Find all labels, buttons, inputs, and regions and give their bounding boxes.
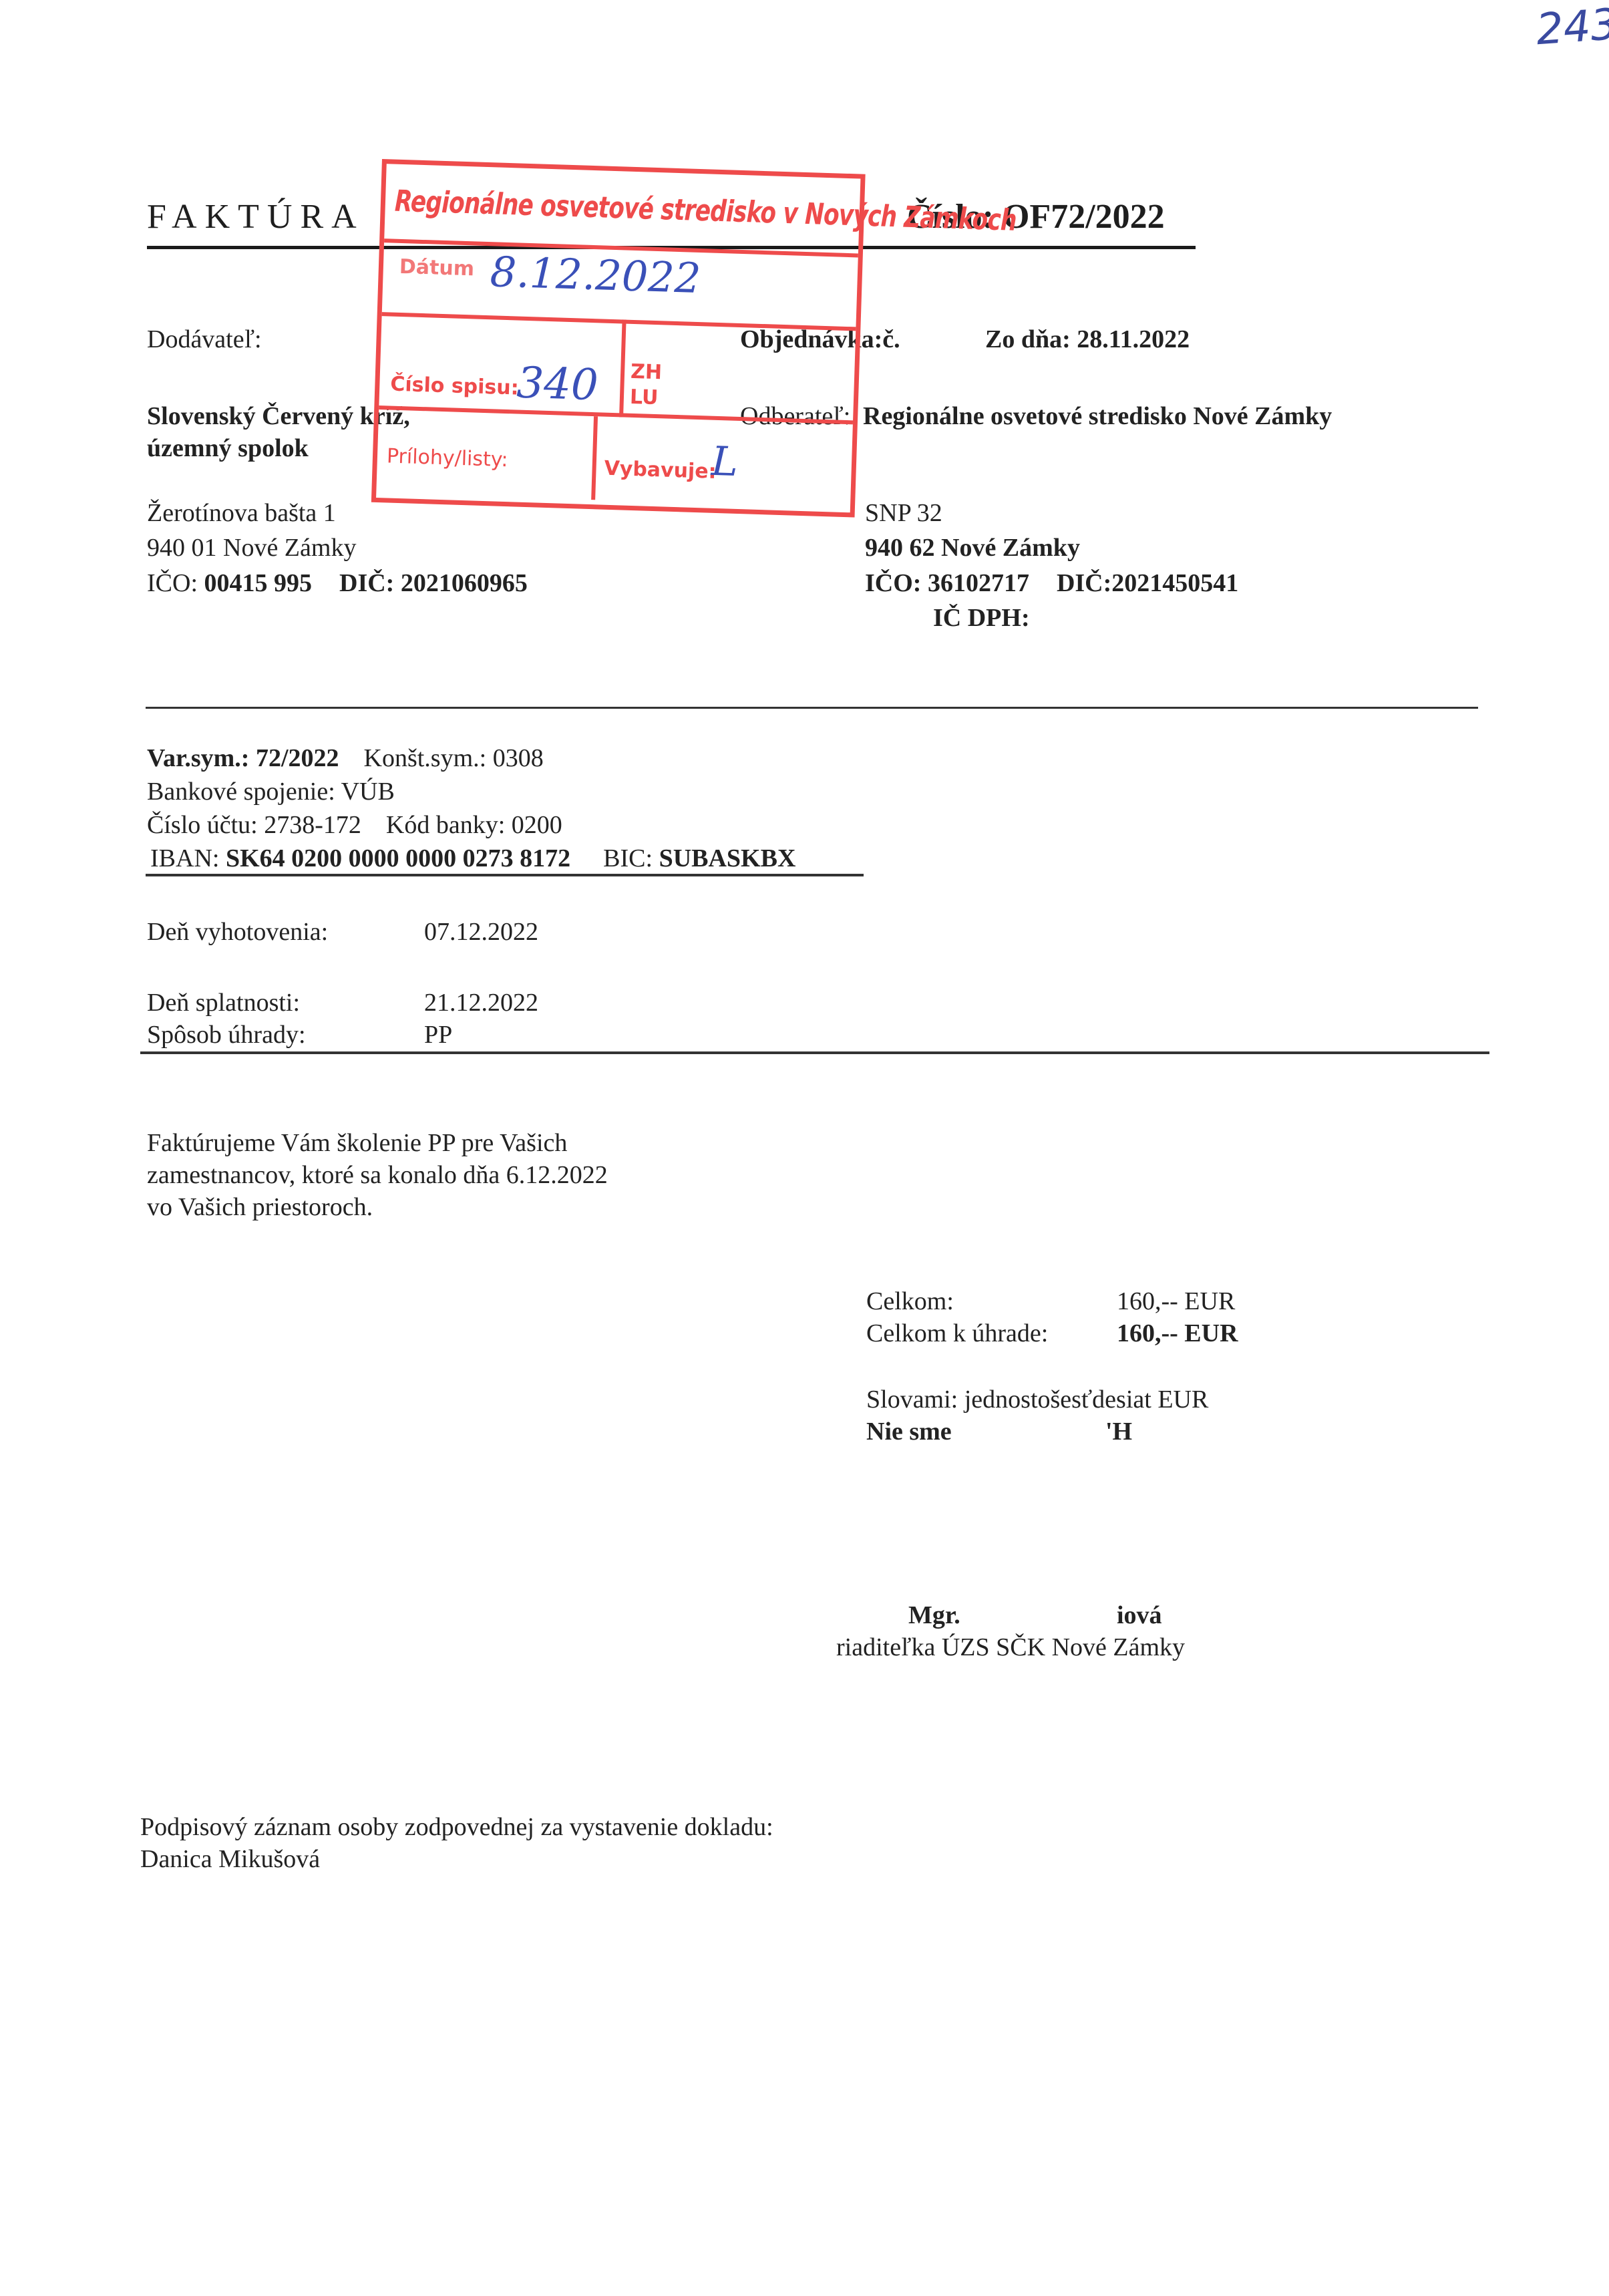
bank-label: Bankové spojenie: (147, 778, 335, 806)
supplier-dic: 2021060965 (401, 569, 528, 597)
customer-street: SNP 32 (865, 498, 942, 528)
amount-due-label: Celkom k úhrade: (866, 1318, 1048, 1349)
amount-in-words: Slovami: jednostošesťdesiat EUR (866, 1384, 1208, 1415)
customer-ico-label: IČO: (865, 569, 921, 597)
supplier-street: Žerotínova bašta 1 (147, 498, 336, 528)
signatory-prefix: Mgr. (908, 1600, 960, 1631)
footer-label: Podpisový záznam osoby zodpovednej za vy… (140, 1812, 773, 1842)
registry-stamp: Regionálne osvetové stredisko v Nových Z… (371, 159, 866, 517)
iban-line: IBAN: SK64 0200 0000 0000 0273 8172 BIC:… (150, 843, 795, 874)
customer-dic-label: DIČ: (1057, 569, 1111, 597)
method-label: Spôsob úhrady: (147, 1019, 306, 1050)
customer-name: Regionálne osvetové stredisko Nové Zámky (863, 401, 1332, 432)
bank-code-label: Kód banky: (386, 811, 505, 839)
customer-city: 940 62 Nové Zámky (865, 532, 1080, 563)
stamp-handler-label: Vybavuje: (604, 457, 717, 484)
customer-icdph-label: IČ DPH: (933, 603, 1030, 633)
supplier-dic-label: DIČ: (339, 569, 394, 597)
bank-name: VÚB (341, 778, 395, 806)
supplier-name-line2: územný spolok (147, 433, 309, 464)
supplier-ids: IČO: 00415 995 DIČ: 2021060965 (147, 568, 528, 599)
stamp-date-handwritten: 8.12.2022 (490, 247, 702, 303)
bank-line: Bankové spojenie: VÚB (147, 776, 395, 807)
page-number-handwritten: 243 (1535, 0, 1609, 55)
footer-name: Danica Mikušová (140, 1844, 320, 1874)
stamp-file-label: Číslo spisu: (390, 373, 519, 400)
description-line-2: zamestnancov, ktoré sa konalo dňa 6.12.2… (147, 1160, 608, 1190)
bank-code: 0200 (512, 811, 562, 839)
stamp-date-label: Dátum (399, 255, 474, 281)
amount-due-value: 160,-- EUR (1117, 1318, 1238, 1349)
order-date: Zo dňa: 28.11.2022 (985, 324, 1190, 355)
stamp-file-handwritten: 340 (516, 359, 598, 411)
stamp-zh-label: ZH (631, 360, 663, 384)
issued-date: 07.12.2022 (424, 917, 538, 947)
total-value: 160,-- EUR (1117, 1286, 1235, 1317)
bic: SUBASKBX (659, 844, 796, 872)
iban-label: IBAN: (150, 844, 219, 872)
supplier-city: 940 01 Nové Zámky (147, 532, 356, 563)
due-date: 21.12.2022 (424, 987, 538, 1018)
description-line-1: Faktúrujeme Vám školenie PP pre Vašich (147, 1128, 567, 1158)
supplier-label: Dodávateľ: (147, 324, 262, 355)
var-sym: 72/2022 (256, 744, 339, 772)
stamp-attachments-label: Prílohy/listy: (386, 444, 508, 472)
supplier-name-line1: Slovenský Červený kríž, (147, 401, 410, 432)
iban-underline (146, 874, 864, 876)
issued-label: Deň vyhotovenia: (147, 917, 328, 947)
vat-note: Nie sme (866, 1416, 952, 1447)
iban: SK64 0200 0000 0000 0273 8172 (226, 844, 570, 872)
supplier-ico: 00415 995 (204, 569, 313, 597)
section-divider (146, 707, 1478, 709)
konst-sym-label: Konšt.sym.: (364, 744, 487, 772)
customer-ico: 36102717 (928, 569, 1029, 597)
total-label: Celkom: (866, 1286, 954, 1317)
account-number: 2738-172 (264, 811, 361, 839)
signatory-suffix: iová (1117, 1600, 1162, 1631)
stamp-handler-initials: L (711, 438, 739, 486)
account-label: Číslo účtu: (147, 811, 258, 839)
account-line: Číslo účtu: 2738-172 Kód banky: 0200 (147, 810, 562, 840)
vat-note-tail: 'H (1105, 1416, 1132, 1447)
stamp-lu-label: LU (629, 385, 659, 409)
var-sym-label: Var.sym.: (147, 744, 249, 772)
dates-divider (140, 1051, 1489, 1054)
method-value: PP (424, 1019, 452, 1050)
stamp-row-file (379, 312, 856, 424)
description-line-3: vo Vašich priestoroch. (147, 1192, 373, 1222)
customer-ids: IČO: 36102717 DIČ:2021450541 (865, 568, 1238, 599)
customer-dic: 2021450541 (1111, 569, 1238, 597)
document-title: FAKTÚRA (147, 197, 365, 236)
stamp-divider-bottom (591, 416, 598, 500)
symbols-line: Var.sym.: 72/2022 Konšt.sym.: 0308 (147, 743, 544, 774)
due-label: Deň splatnosti: (147, 987, 300, 1018)
bic-label: BIC: (603, 844, 653, 872)
signatory-role: riaditeľka ÚZS SČK Nové Zámky (836, 1632, 1185, 1663)
supplier-ico-label: IČO: (147, 569, 198, 597)
konst-sym: 0308 (493, 744, 544, 772)
